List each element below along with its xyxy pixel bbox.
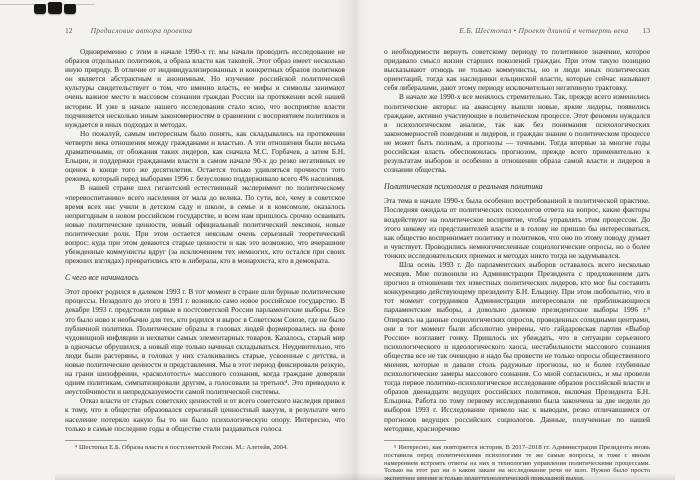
right-running-title: Е.Б. Шестопал • Проект длиной в четверть… bbox=[459, 26, 628, 35]
book-spread-photo: 12 Предисловие автора проекта Одновремен… bbox=[0, 0, 700, 480]
footnote: ⁵ Интересно, как повторяется история. В … bbox=[384, 444, 650, 480]
paragraph: В нашей стране шел гигантский естественн… bbox=[65, 183, 345, 265]
section-subheading: С чего все начиналось bbox=[65, 273, 345, 282]
footnote-block: ⁴ Шестопал Е.Б. Образы власти в постсове… bbox=[65, 440, 345, 452]
section-subheading: Политическая психология и реальная полит… bbox=[384, 182, 650, 191]
paragraph: Одновременно с этим в начале 1990-х гг. … bbox=[65, 47, 345, 129]
paragraph: Эта тема в начале 1990-х была особенно в… bbox=[384, 196, 650, 260]
paragraph: В начале же 1990-х все менялось стремите… bbox=[384, 92, 650, 174]
left-page: 12 Предисловие автора проекта Одновремен… bbox=[65, 0, 345, 480]
paragraph: Шла осень 1993 г. До парламентских выбор… bbox=[384, 260, 650, 433]
footnote-rule bbox=[65, 440, 127, 441]
left-running-header: 12 Предисловие автора проекта bbox=[65, 26, 345, 35]
footnote-rule bbox=[384, 440, 446, 441]
left-page-number: 12 bbox=[65, 26, 73, 35]
right-running-header: Е.Б. Шестопал • Проект длиной в четверть… bbox=[384, 26, 650, 35]
right-page-number: 13 bbox=[642, 26, 650, 35]
paragraph: Этот проект родился в далеком 1993 г. В … bbox=[65, 287, 345, 396]
paragraph: о необходимости вернуть советскому перио… bbox=[384, 47, 650, 92]
paragraph: Отказ власти от старых советских ценност… bbox=[65, 396, 345, 432]
binder-clip-tab bbox=[34, 4, 46, 14]
footnote: ⁴ Шестопал Е.Б. Образы власти в постсове… bbox=[65, 444, 345, 452]
binder-clip-tab bbox=[48, 2, 62, 14]
footnote-block: ⁵ Интересно, как повторяется история. В … bbox=[384, 440, 650, 480]
paragraph: Но пожалуй, самым интересным было понять… bbox=[65, 129, 345, 184]
left-running-title: Предисловие автора проекта bbox=[91, 26, 193, 35]
right-page: Е.Б. Шестопал • Проект длиной в четверть… bbox=[384, 0, 650, 480]
